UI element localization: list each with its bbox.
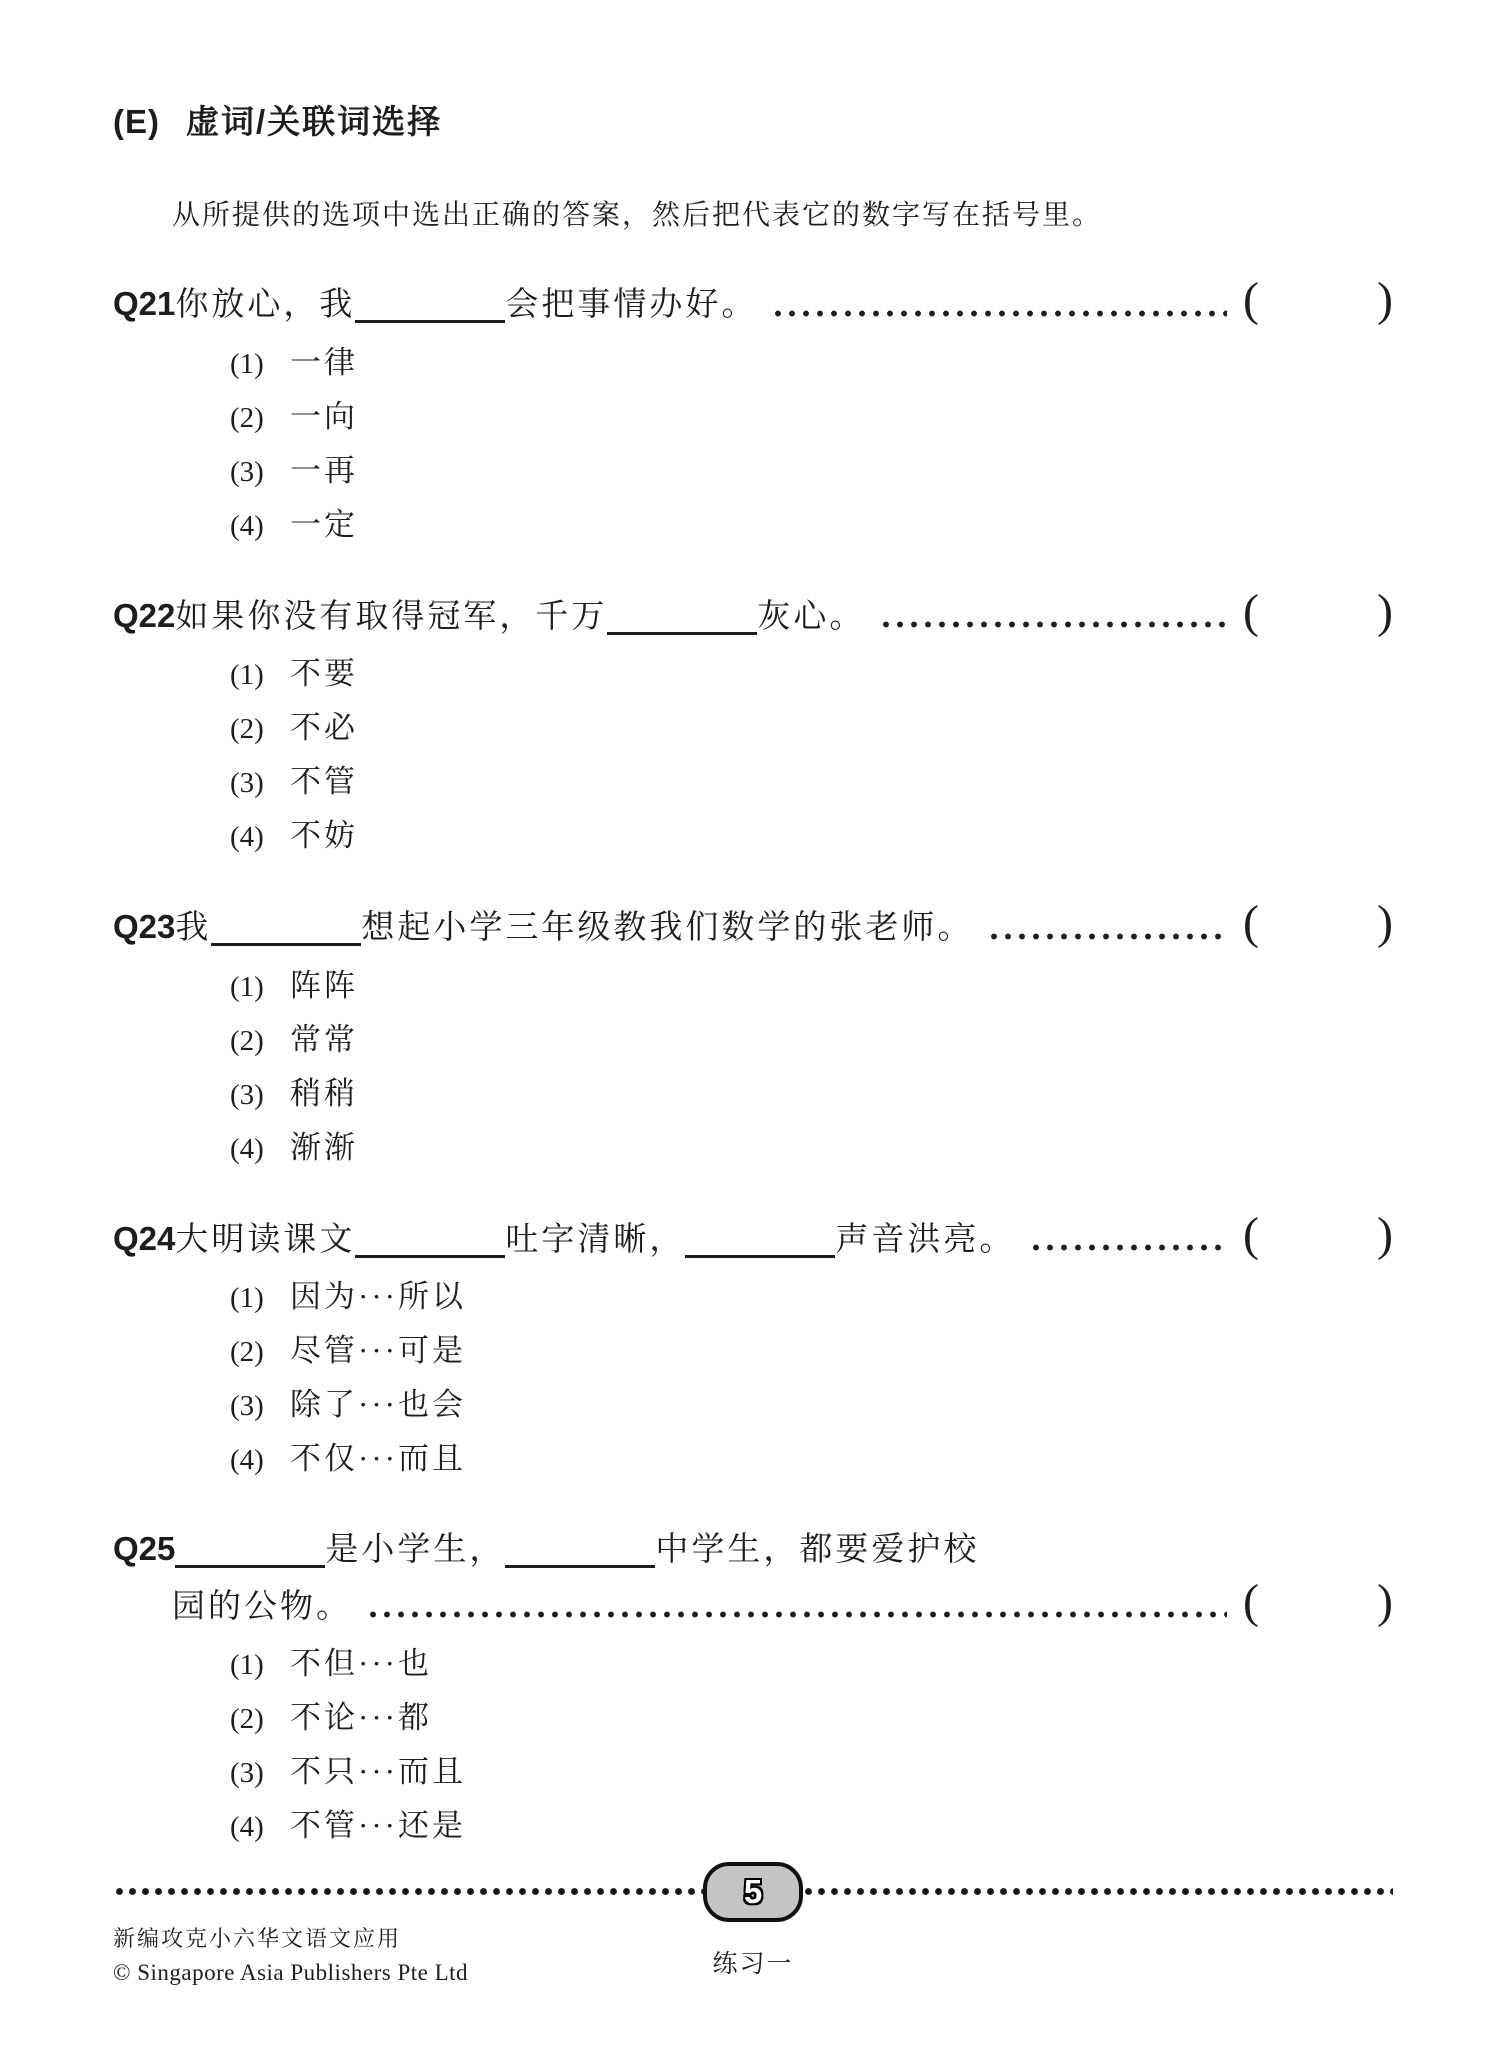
option: (4)不妨 (230, 817, 1393, 856)
dotted-leader (987, 932, 1227, 941)
option-text: 尽管···可是 (290, 1332, 466, 1370)
answer-brackets: ( ) (1243, 1583, 1393, 1621)
option-text: 一定 (290, 506, 358, 544)
option-number: (1) (230, 1646, 290, 1684)
option-number: (2) (230, 1333, 290, 1371)
question-stem-row: Q24 大明读课文吐字清晰，声音洪亮。 ( ) (113, 1216, 1393, 1263)
question-stem: 是小学生，中学生，都要爱护校 (175, 1528, 979, 1573)
worksheet-page: (E) 虚词/关联词选择 从所提供的选项中选出正确的答案，然后把代表它的数字写在… (0, 0, 1501, 2052)
question-stem: 你放心，我会把事情办好。 (175, 283, 757, 328)
question-number: Q25 (113, 1527, 175, 1572)
option-text: 因为···所以 (290, 1278, 466, 1316)
option-number: (1) (230, 968, 290, 1006)
option: (1)阵阵 (230, 967, 1393, 1006)
section-label: (E) (113, 103, 160, 141)
open-paren: ( (1243, 281, 1259, 319)
option: (3)稍稍 (230, 1075, 1393, 1114)
open-paren: ( (1243, 1216, 1259, 1254)
stem-text: 你放心，我 (175, 287, 355, 323)
option: (3)不管 (230, 763, 1393, 802)
exercise-label: 练习一 (712, 1944, 793, 1980)
stem-text: 声音洪亮。 (835, 1222, 1015, 1258)
option-number: (3) (230, 1754, 290, 1792)
answer-blank (211, 937, 361, 946)
question-q24: Q24 大明读课文吐字清晰，声音洪亮。 ( ) (1)因为···所以 (2)尽管… (113, 1216, 1393, 1480)
stem-text: 吐字清晰， (505, 1222, 685, 1258)
option-text: 常常 (290, 1021, 358, 1059)
option: (3)不只···而且 (230, 1753, 1393, 1792)
footer: 新编攻克小六华文语文应用 © Singapore Asia Publishers… (113, 1922, 1393, 2002)
option: (4)不管···还是 (230, 1807, 1393, 1846)
option: (3)一再 (230, 452, 1393, 491)
close-paren: ) (1377, 1216, 1393, 1254)
option: (3)除了···也会 (230, 1386, 1393, 1425)
answer-brackets: ( ) (1243, 281, 1393, 319)
answer-brackets: ( ) (1243, 1216, 1393, 1254)
option-text: 稍稍 (290, 1075, 358, 1113)
option-number: (3) (230, 1076, 290, 1114)
book-title: 新编攻克小六华文语文应用 (113, 1922, 468, 1953)
answer-blank (505, 1559, 655, 1568)
question-q21: Q21 你放心，我会把事情办好。 ( ) (1)一律 (2)一向 (3)一再 (… (113, 281, 1393, 545)
option-number: (3) (230, 764, 290, 802)
option-list: (1)一律 (2)一向 (3)一再 (4)一定 (230, 344, 1393, 545)
stem-text: 如果你没有取得冠军，千万 (175, 599, 607, 635)
question-number: Q23 (113, 905, 175, 950)
option-text: 不只···而且 (290, 1753, 466, 1791)
section-heading: (E) 虚词/关联词选择 (113, 96, 1393, 143)
option-text: 不管 (290, 763, 358, 801)
stem-text: 我 (175, 910, 211, 946)
option-text: 阵阵 (290, 967, 358, 1005)
option: (2)常常 (230, 1021, 1393, 1060)
close-paren: ) (1377, 904, 1393, 942)
option: (1)不但···也 (230, 1645, 1393, 1684)
option-text: 不论···都 (290, 1699, 432, 1737)
option-number: (2) (230, 1700, 290, 1738)
question-q25: Q25 是小学生，中学生，都要爱护校 园的公物。 ( ) (1)不但···也 (… (113, 1527, 1393, 1846)
answer-brackets: ( ) (1243, 904, 1393, 942)
stem-text: 灰心。 (757, 599, 865, 635)
option-number: (1) (230, 656, 290, 694)
footer-separator: 5 (113, 1862, 1393, 1920)
stem-text: 想起小学三年级教我们数学的张老师。 (361, 910, 973, 946)
option-text: 不必 (290, 709, 358, 747)
instruction-text: 从所提供的选项中选出正确的答案，然后把代表它的数字写在括号里。 (172, 193, 1393, 233)
answer-blank (607, 626, 757, 635)
option: (1)一律 (230, 344, 1393, 383)
option-number: (2) (230, 710, 290, 748)
open-paren: ( (1243, 593, 1259, 631)
answer-blank (175, 1559, 325, 1568)
question-stem-row: Q22 如果你没有取得冠军，千万灰心。 ( ) (113, 593, 1393, 640)
page-number-badge: 5 (703, 1862, 803, 1922)
close-paren: ) (1377, 281, 1393, 319)
stem-text-line2: 园的公物。 (172, 1585, 352, 1630)
option: (2)尽管···可是 (230, 1332, 1393, 1371)
option-text: 不管···还是 (290, 1807, 466, 1845)
stem-text: 大明读课文 (175, 1222, 355, 1258)
option-text: 一律 (290, 344, 358, 382)
option-number: (3) (230, 453, 290, 491)
option: (2)不必 (230, 709, 1393, 748)
option-number: (4) (230, 1808, 290, 1846)
option-text: 不妨 (290, 817, 358, 855)
answer-blank (685, 1249, 835, 1258)
question-stem: 如果你没有取得冠军，千万灰心。 (175, 595, 865, 640)
option: (1)因为···所以 (230, 1278, 1393, 1317)
option: (4)一定 (230, 506, 1393, 545)
option: (2)一向 (230, 398, 1393, 437)
question-number: Q21 (113, 282, 175, 327)
answer-blank (355, 1249, 505, 1258)
dotted-leader (366, 1610, 1227, 1619)
question-list: Q21 你放心，我会把事情办好。 ( ) (1)一律 (2)一向 (3)一再 (… (113, 281, 1393, 1846)
option-number: (4) (230, 507, 290, 545)
option-number: (1) (230, 1279, 290, 1317)
answer-blank (355, 314, 505, 323)
question-q22: Q22 如果你没有取得冠军，千万灰心。 ( ) (1)不要 (2)不必 (3)不… (113, 593, 1393, 857)
option-number: (1) (230, 345, 290, 383)
dotted-leader (879, 620, 1227, 629)
option-text: 不仅···而且 (290, 1440, 466, 1478)
option-number: (4) (230, 818, 290, 856)
page-content: (E) 虚词/关联词选择 从所提供的选项中选出正确的答案，然后把代表它的数字写在… (0, 0, 1501, 1846)
stem-text: 会把事情办好。 (505, 287, 757, 323)
open-paren: ( (1243, 1583, 1259, 1621)
option-text: 一向 (290, 398, 358, 436)
option-number: (2) (230, 1022, 290, 1060)
question-q23: Q23 我想起小学三年级教我们数学的张老师。 ( ) (1)阵阵 (2)常常 (… (113, 904, 1393, 1168)
question-stem: 我想起小学三年级教我们数学的张老师。 (175, 906, 973, 951)
option: (4)渐渐 (230, 1129, 1393, 1168)
option-number: (2) (230, 399, 290, 437)
answer-brackets: ( ) (1243, 593, 1393, 631)
question-stem: 大明读课文吐字清晰，声音洪亮。 (175, 1218, 1015, 1263)
stem-text: 中学生，都要爱护校 (655, 1532, 979, 1568)
question-number: Q24 (113, 1217, 175, 1262)
option-number: (4) (230, 1130, 290, 1168)
option-list: (1)因为···所以 (2)尽管···可是 (3)除了···也会 (4)不仅··… (230, 1278, 1393, 1479)
copyright-text: © Singapore Asia Publishers Pte Ltd (113, 1960, 468, 1986)
option-list: (1)阵阵 (2)常常 (3)稍稍 (4)渐渐 (230, 967, 1393, 1168)
option: (4)不仅···而且 (230, 1440, 1393, 1479)
close-paren: ) (1377, 593, 1393, 631)
option-text: 不要 (290, 655, 358, 693)
option-text: 渐渐 (290, 1129, 358, 1167)
question-stem-row: Q23 我想起小学三年级教我们数学的张老师。 ( ) (113, 904, 1393, 951)
option-text: 除了···也会 (290, 1386, 466, 1424)
section-title: 虚词/关联词选择 (186, 96, 442, 143)
stem-text: 是小学生， (325, 1532, 505, 1568)
close-paren: ) (1377, 1583, 1393, 1621)
option-list: (1)不要 (2)不必 (3)不管 (4)不妨 (230, 655, 1393, 856)
option-number: (4) (230, 1441, 290, 1479)
page-number: 5 (744, 1873, 762, 1911)
open-paren: ( (1243, 904, 1259, 942)
option-text: 一再 (290, 452, 358, 490)
question-stem-row: Q25 是小学生，中学生，都要爱护校 (113, 1527, 1393, 1573)
option: (1)不要 (230, 655, 1393, 694)
option-text: 不但···也 (290, 1645, 432, 1683)
question-number: Q22 (113, 594, 175, 639)
option-number: (3) (230, 1387, 290, 1425)
question-stem-row: Q21 你放心，我会把事情办好。 ( ) (113, 281, 1393, 328)
option-list: (1)不但···也 (2)不论···都 (3)不只···而且 (4)不管···还… (230, 1645, 1393, 1846)
footer-left: 新编攻克小六华文语文应用 © Singapore Asia Publishers… (113, 1922, 468, 1986)
option: (2)不论···都 (230, 1699, 1393, 1738)
question-stem-row-2: 园的公物。 ( ) (113, 1583, 1393, 1630)
dotted-leader (1029, 1243, 1227, 1252)
dotted-leader (771, 309, 1227, 318)
